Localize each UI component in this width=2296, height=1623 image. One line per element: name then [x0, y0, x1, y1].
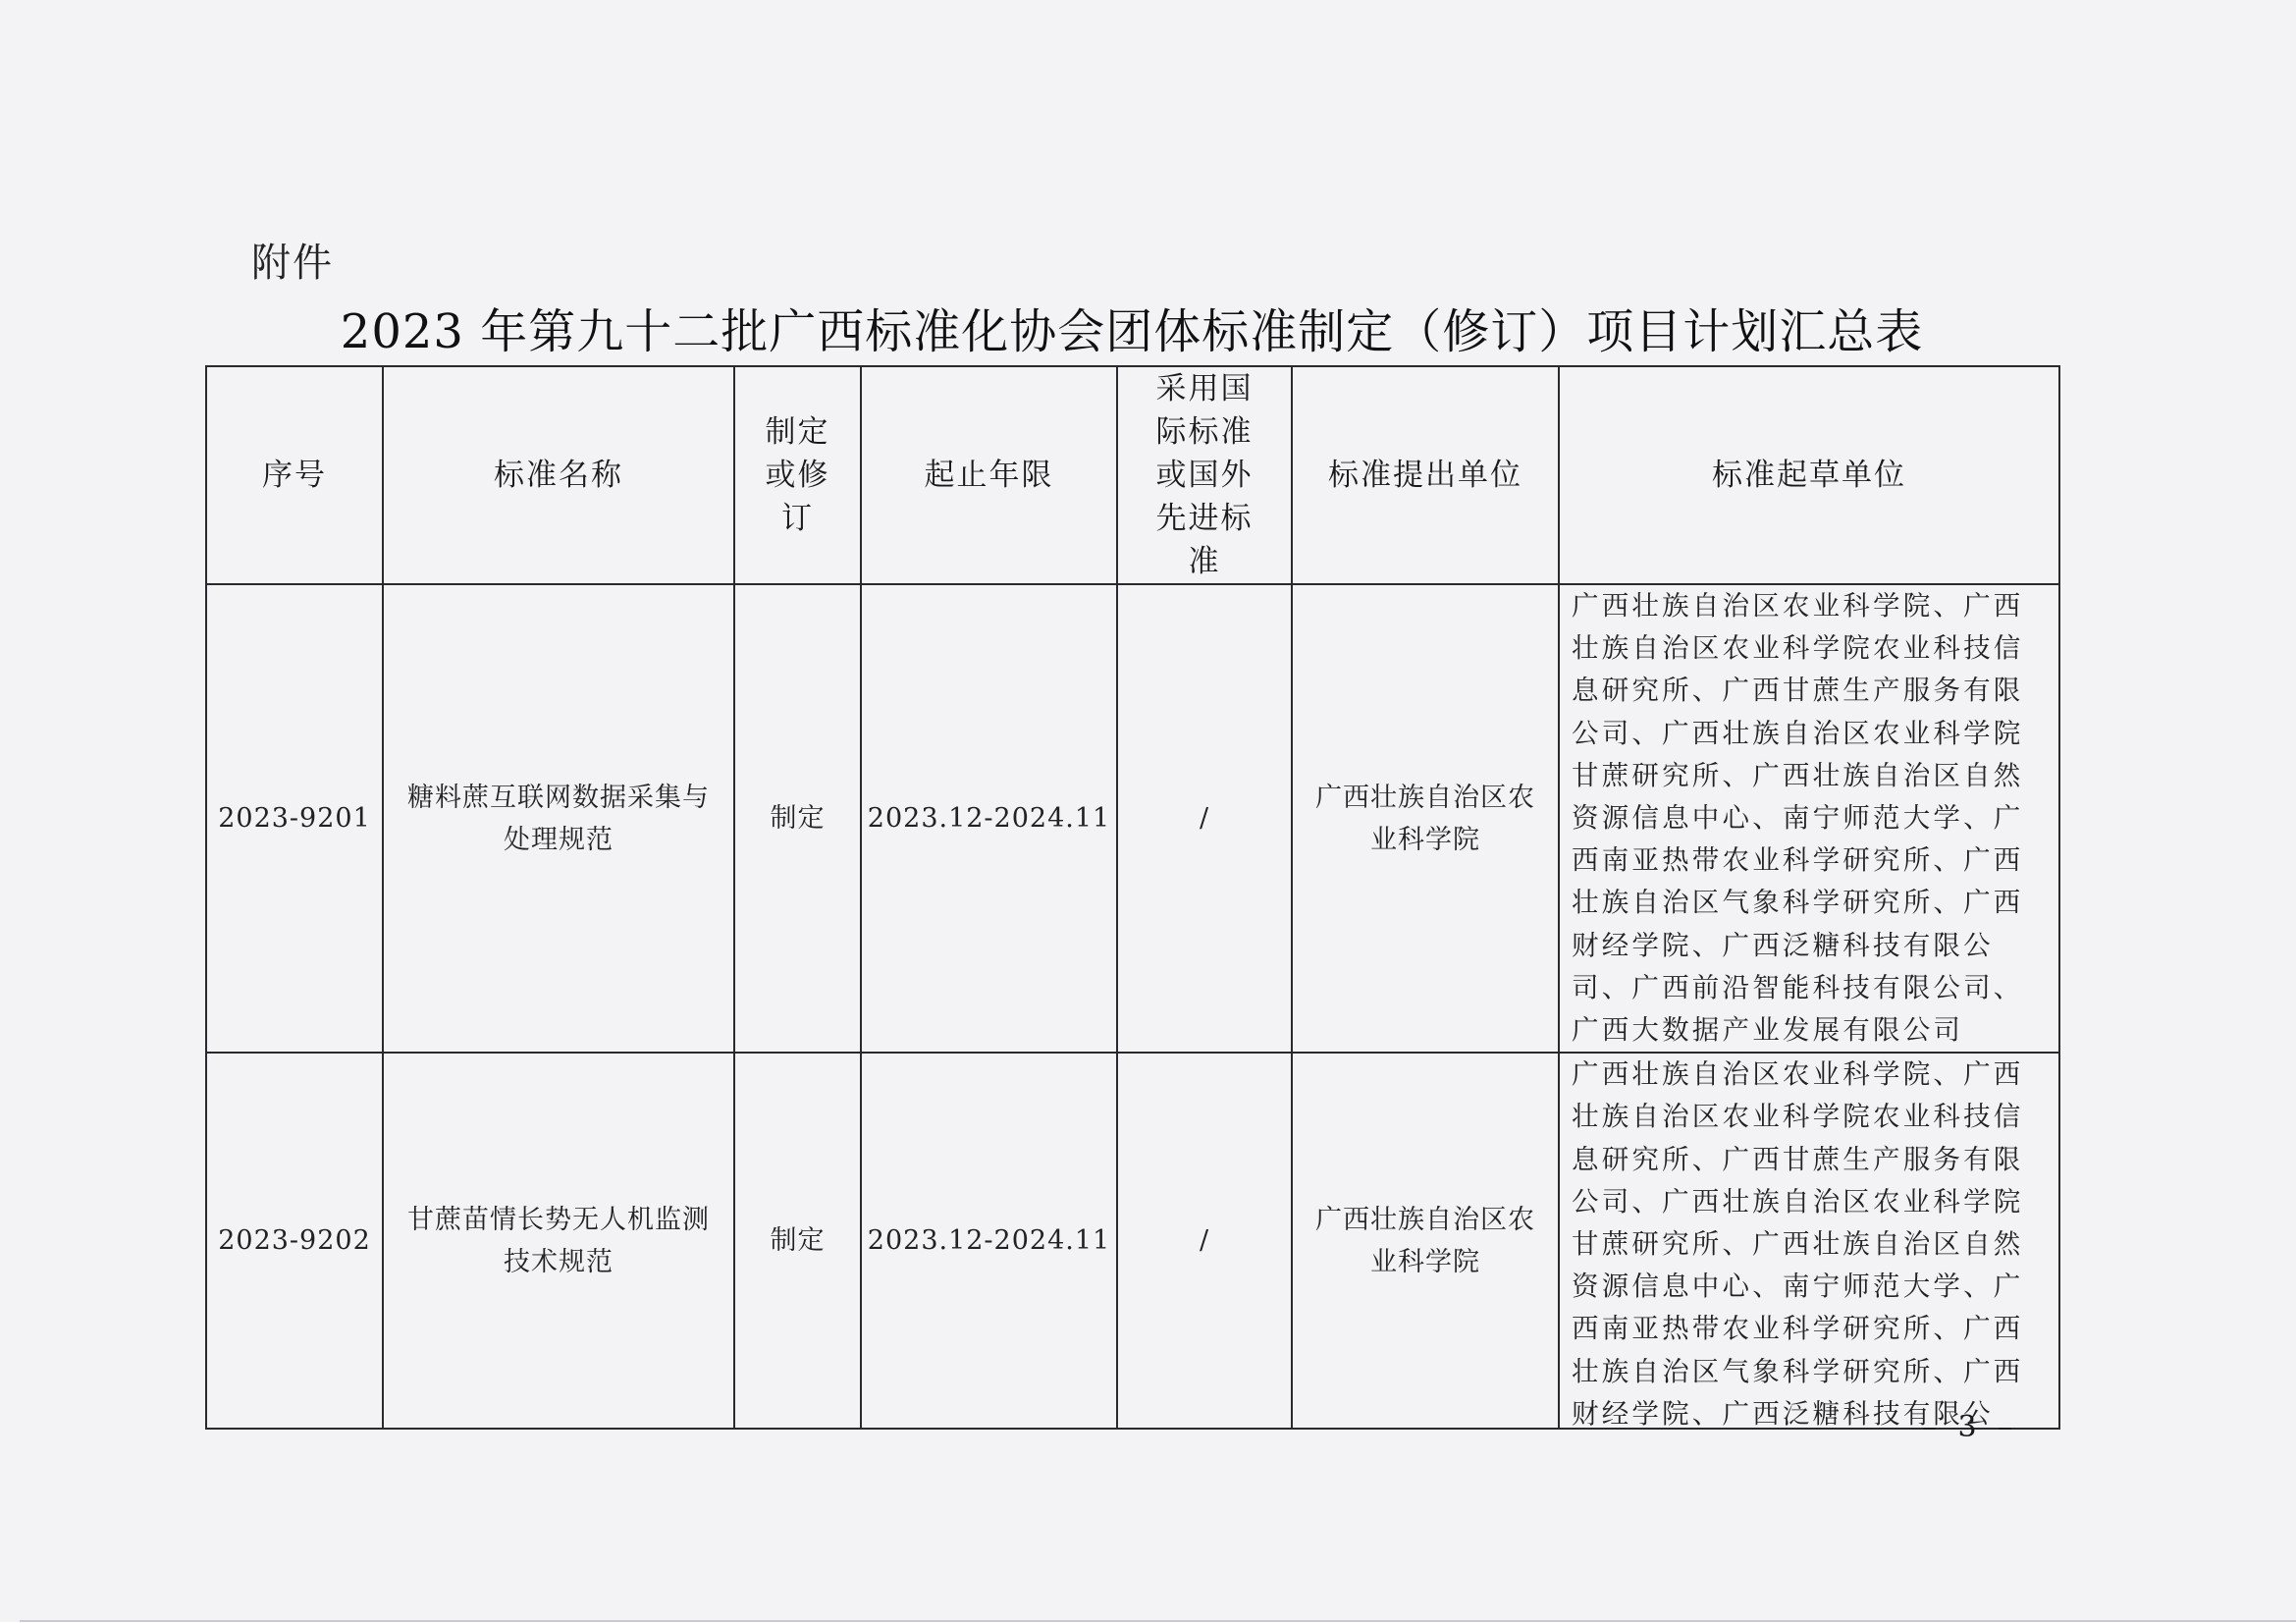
drafter-clip: 广西壮族自治区农业科学院、广西壮族自治区农业科学院农业科技信息研究所、广西甘蔗生…	[1572, 1054, 2047, 1427]
drafter-value: 广西壮族自治区农业科学院、广西壮族自治区农业科学院农业科技信息研究所、广西甘蔗生…	[1572, 585, 2047, 1052]
period-value: 2023.12-2024.11	[868, 1225, 1110, 1256]
cell-adopted-standard: /	[1117, 584, 1292, 1053]
header-adopted-standard-label: 采用国际标准或国外先进标准	[1155, 367, 1253, 583]
header-proposer-label: 标准提出单位	[1328, 458, 1522, 493]
header-proposer: 标准提出单位	[1292, 366, 1559, 584]
cell-serial: 2023-9201	[206, 584, 383, 1053]
serial-value: 2023-9202	[218, 1225, 371, 1256]
cell-standard-name: 糖料蔗互联网数据采集与处理规范	[383, 584, 734, 1053]
attachment-label: 附件	[251, 238, 334, 289]
header-adopted-standard: 采用国际标准或国外先进标准	[1117, 366, 1292, 584]
header-type-label: 制定或修订	[764, 410, 830, 540]
adopted-standard-value: /	[1200, 803, 1209, 834]
cell-drafter: 广西壮族自治区农业科学院、广西壮族自治区农业科学院农业科技信息研究所、广西甘蔗生…	[1559, 1053, 2059, 1429]
table-row: 2023-9202 甘蔗苗情长势无人机监测技术规范 制定 2023.12-202…	[206, 1053, 2059, 1429]
header-period: 起止年限	[861, 366, 1117, 584]
page-number: – 3 –	[1922, 1406, 2018, 1449]
table-row: 2023-9201 糖料蔗互联网数据采集与处理规范 制定 2023.12-202…	[206, 584, 2059, 1053]
type-value: 制定	[771, 1225, 826, 1256]
cell-drafter: 广西壮族自治区农业科学院、广西壮族自治区农业科学院农业科技信息研究所、广西甘蔗生…	[1559, 584, 2059, 1053]
cell-proposer: 广西壮族自治区农业科学院	[1292, 1053, 1559, 1429]
proposer-value: 广西壮族自治区农业科学院	[1315, 783, 1535, 855]
period-value: 2023.12-2024.11	[868, 803, 1110, 834]
cell-period: 2023.12-2024.11	[861, 584, 1117, 1053]
standard-name-value: 糖料蔗互联网数据采集与处理规范	[407, 783, 710, 855]
cell-period: 2023.12-2024.11	[861, 1053, 1117, 1429]
cell-type: 制定	[734, 584, 861, 1053]
header-type: 制定或修订	[734, 366, 861, 584]
cell-type: 制定	[734, 1053, 861, 1429]
header-period-label: 起止年限	[925, 458, 1054, 493]
cell-adopted-standard: /	[1117, 1053, 1292, 1429]
proposer-value: 广西壮族自治区农业科学院	[1315, 1205, 1535, 1277]
drafter-value: 广西壮族自治区农业科学院、广西壮族自治区农业科学院农业科技信息研究所、广西甘蔗生…	[1572, 1054, 2047, 1427]
header-drafter-label: 标准起草单位	[1712, 458, 1906, 493]
header-standard-name-label: 标准名称	[494, 458, 623, 493]
adopted-standard-value: /	[1200, 1225, 1209, 1256]
project-plan-table: 序号 标准名称 制定或修订 起止年限 采用国际标准或国外先进标准 标准提出单位 …	[205, 365, 2060, 1430]
document-title: 2023 年第九十二批广西标准化协会团体标准制定（修订）项目计划汇总表	[205, 300, 2058, 363]
cell-serial: 2023-9202	[206, 1053, 383, 1429]
header-serial-label: 序号	[262, 458, 327, 493]
type-value: 制定	[771, 803, 826, 834]
standard-name-value: 甘蔗苗情长势无人机监测技术规范	[407, 1205, 710, 1277]
header-serial: 序号	[206, 366, 383, 584]
header-drafter: 标准起草单位	[1559, 366, 2059, 584]
serial-value: 2023-9201	[218, 803, 371, 834]
cell-standard-name: 甘蔗苗情长势无人机监测技术规范	[383, 1053, 734, 1429]
table-header-row: 序号 标准名称 制定或修订 起止年限 采用国际标准或国外先进标准 标准提出单位 …	[206, 366, 2059, 584]
cell-proposer: 广西壮族自治区农业科学院	[1292, 584, 1559, 1053]
header-standard-name: 标准名称	[383, 366, 734, 584]
